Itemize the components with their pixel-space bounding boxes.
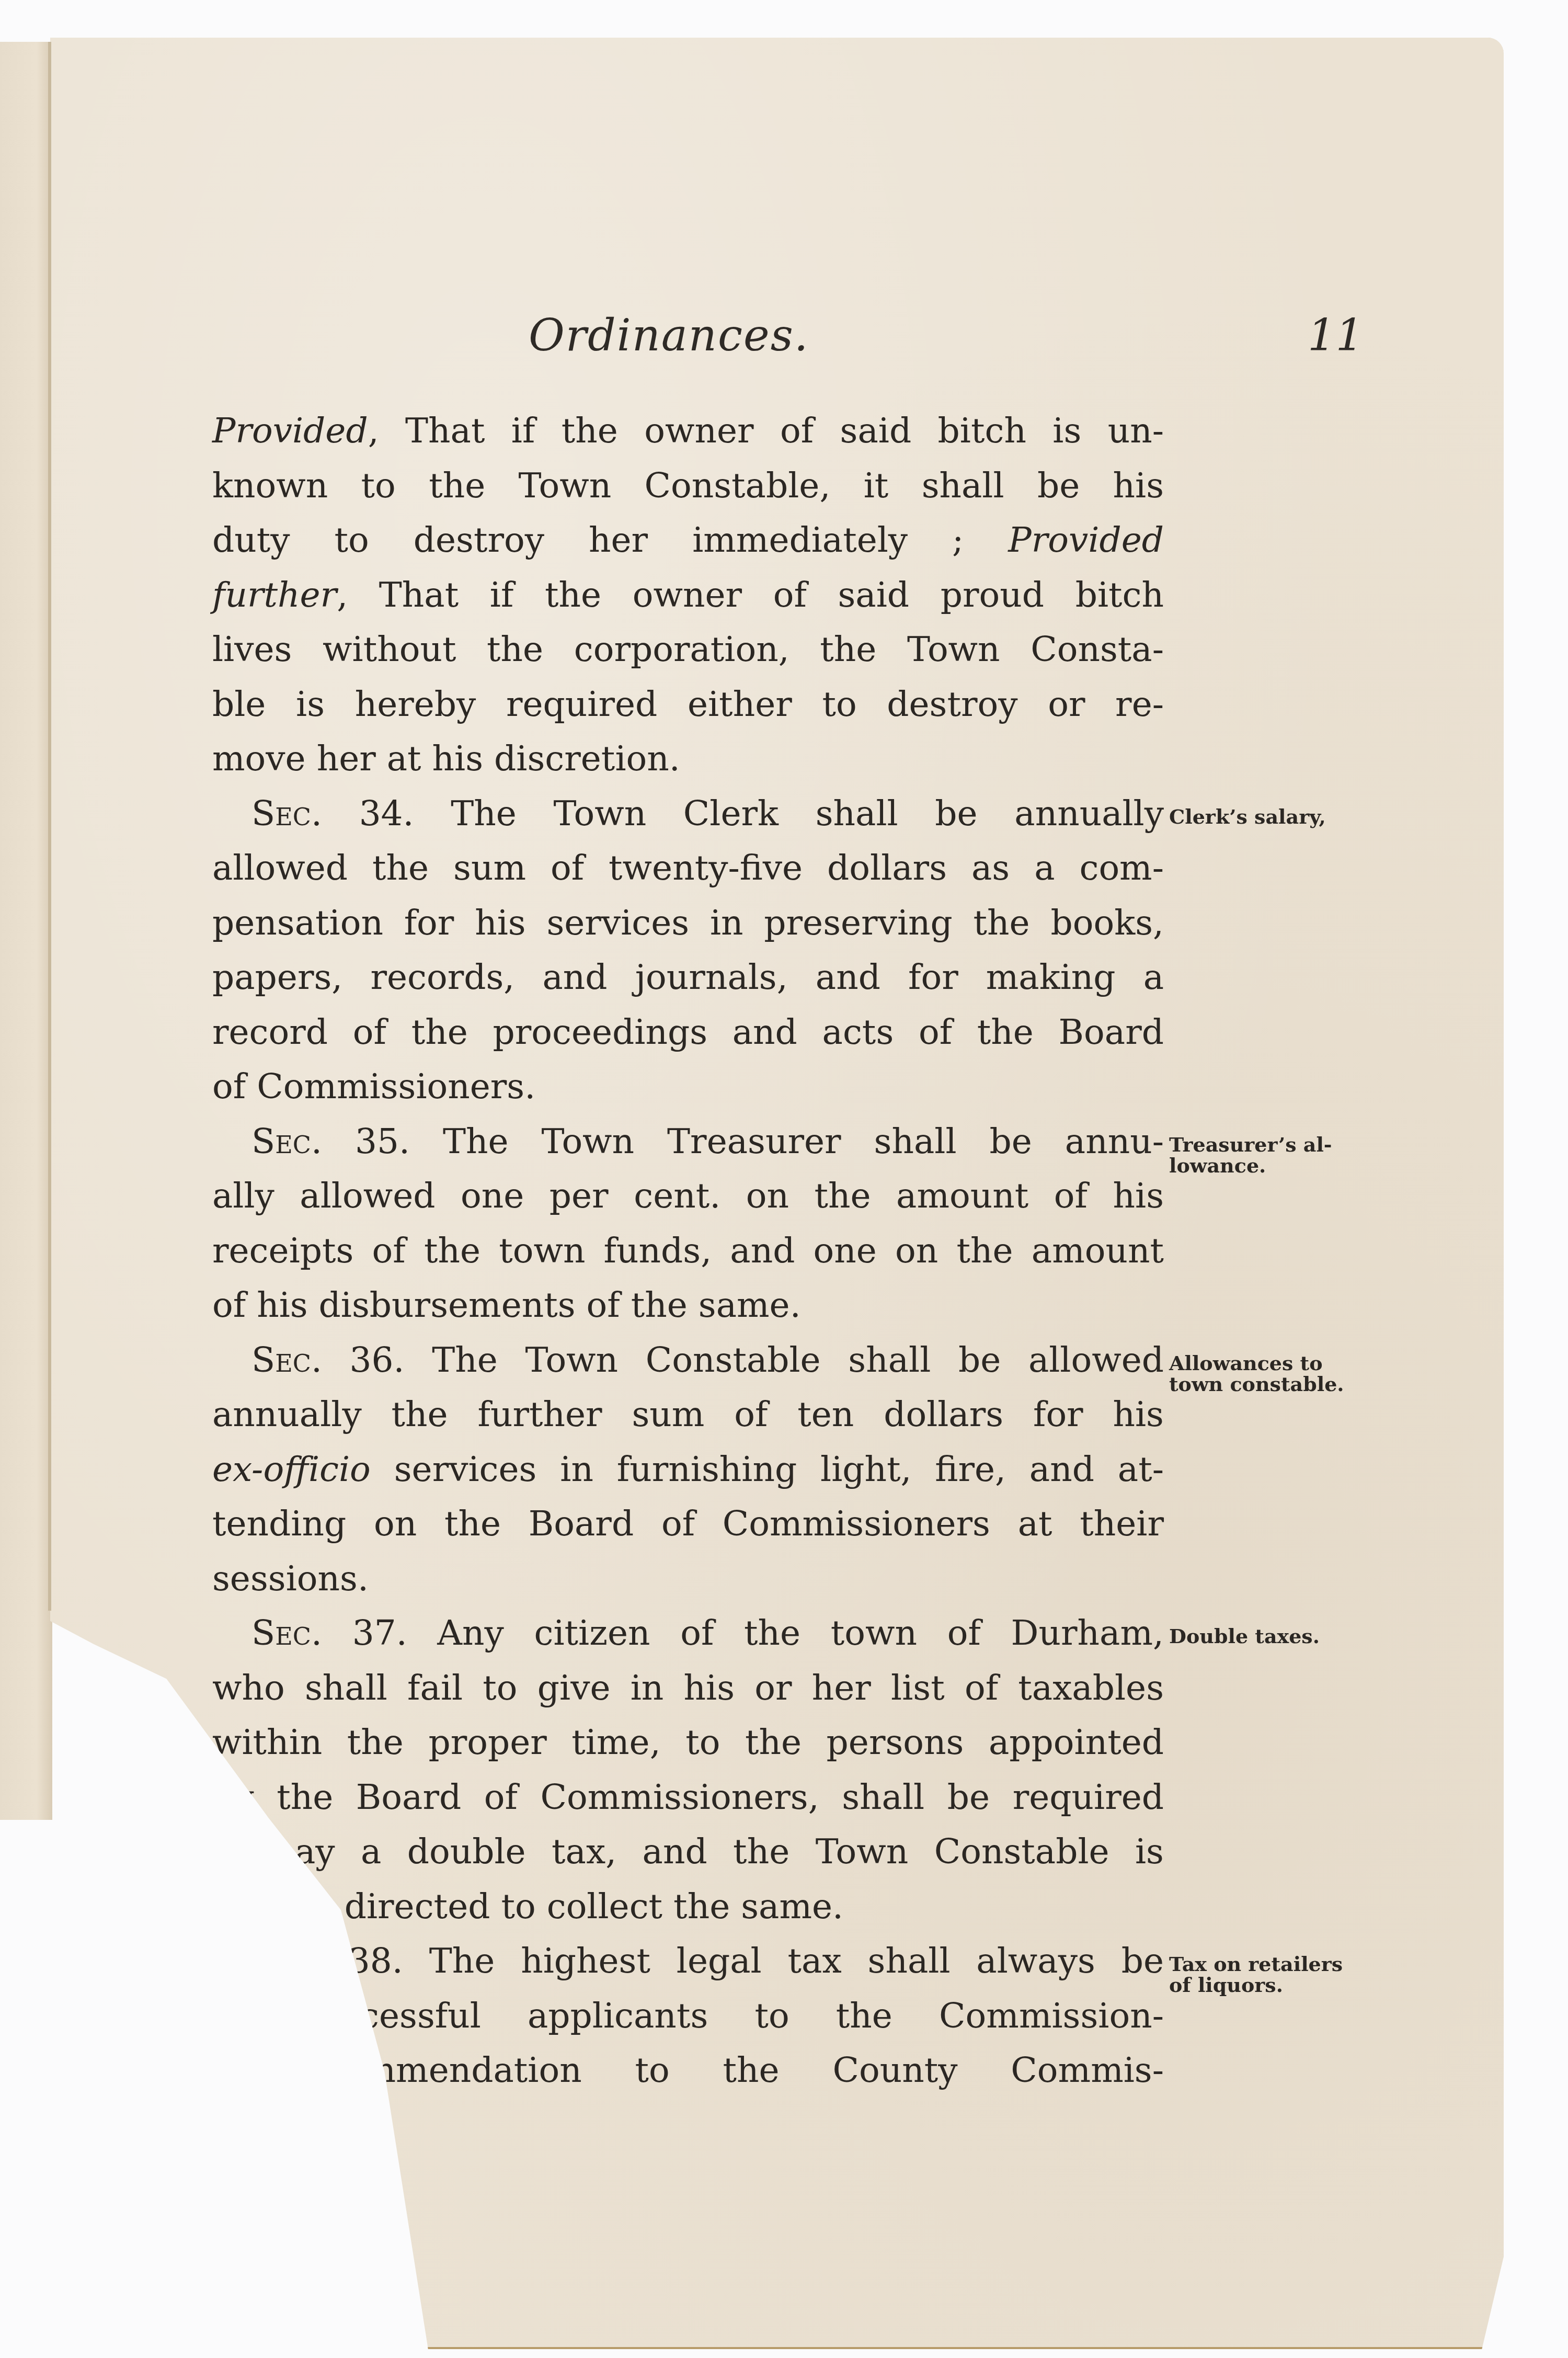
section-number: Sec. 34. [251,793,414,834]
margin-note-line: Double taxes. [1169,1626,1320,1647]
text-line: record of the proceedings and acts of th… [212,1005,1164,1060]
section-start-line: Sec. 36. The Town Constable shall be all… [212,1333,1164,1388]
text-line: of his disbursements of the same. [212,1278,1164,1333]
text-line: ble is hereby required either to destroy… [212,677,1164,732]
text-line: sessions. [212,1552,1164,1607]
text-line: a recommendation to the County Commis- [212,2043,1164,2098]
running-title: Ordinances. [529,310,809,361]
margin-note-line: of liquors. [1169,1975,1343,1996]
section-number: Sec. 36. [251,1340,405,1380]
margin-note-line: lowance. [1169,1155,1332,1176]
margin-note-line: Tax on retailers [1169,1954,1343,1975]
margin-note-line: Clerk’s salary, [1169,806,1326,827]
running-head: Ordinances. 11 [50,310,1504,372]
text-line: duty to destroy her immediately ; Provid… [212,513,1164,568]
italic-term: Provided [1008,520,1164,560]
margin-note: Allowances totown constable. [1169,1353,1344,1395]
section-start-line: Sec. 35. The Town Treasurer shall be ann… [212,1114,1164,1169]
spine-fold [48,42,51,1611]
italic-term: Provided [212,411,368,451]
text-line: lives without the corporation, the Town … [212,622,1164,677]
text-line: by successful applicants to the Commissi… [212,1989,1164,2044]
text-line: ex-officio services in furnishing light,… [212,1442,1164,1497]
margin-note: Tax on retailersof liquors. [1169,1954,1343,1996]
text-line: ally allowed one per cent. on the amount… [212,1169,1164,1224]
body-text: Provided, That if the owner of said bitc… [212,404,1164,2098]
text-line: within the proper time, to the persons a… [212,1715,1164,1770]
text-line: of Commissioners. [212,1060,1164,1114]
section-number: Sec. 38. [251,1941,403,1981]
text-line: further, That if the owner of said proud… [212,568,1164,623]
margin-note: Treasurer’s al-lowance. [1169,1134,1332,1176]
margin-note-line: town constable. [1169,1374,1344,1395]
margin-note: Double taxes. [1169,1626,1320,1647]
page-number: 11 [1308,310,1364,361]
margin-note: Clerk’s salary, [1169,806,1326,827]
text-line: by the Board of Commissioners, shall be … [212,1770,1164,1825]
text-line: hereby directed to collect the same. [212,1879,1164,1934]
italic-term: further [212,575,337,615]
margin-note-line: Allowances to [1169,1353,1344,1374]
text-line: annually the further sum of ten dollars … [212,1387,1164,1442]
text-line: Provided, That if the owner of said bitc… [212,404,1164,459]
text-line: papers, records, and journals, and for m… [212,950,1164,1005]
text-line: known to the Town Constable, it shall be… [212,459,1164,514]
margin-note-line: Treasurer’s al- [1169,1134,1332,1155]
facing-page-edge [0,42,52,1820]
section-number: Sec. 35. [251,1121,410,1161]
section-start-line: Sec. 37. Any citizen of the town of Durh… [212,1606,1164,1661]
section-number: Sec. 37. [251,1613,407,1653]
text-line: pensation for his services in preserving… [212,896,1164,951]
text-line: allowed the sum of twenty-five dollars a… [212,841,1164,896]
section-start-line: Sec. 34. The Town Clerk shall be annuall… [212,787,1164,841]
text-line: receipts of the town funds, and one on t… [212,1224,1164,1279]
text-line: tending on the Board of Commissioners at… [212,1497,1164,1552]
text-line: to pay a double tax, and the Town Consta… [212,1825,1164,1879]
text-line: move her at his discretion. [212,732,1164,787]
section-start-line: Sec. 38. The highest legal tax shall alw… [212,1934,1164,1989]
text-line: who shall fail to give in his or her lis… [212,1661,1164,1716]
italic-term: ex-officio [212,1449,371,1489]
book-page: Ordinances. 11 Provided, That if the own… [50,38,1504,2349]
